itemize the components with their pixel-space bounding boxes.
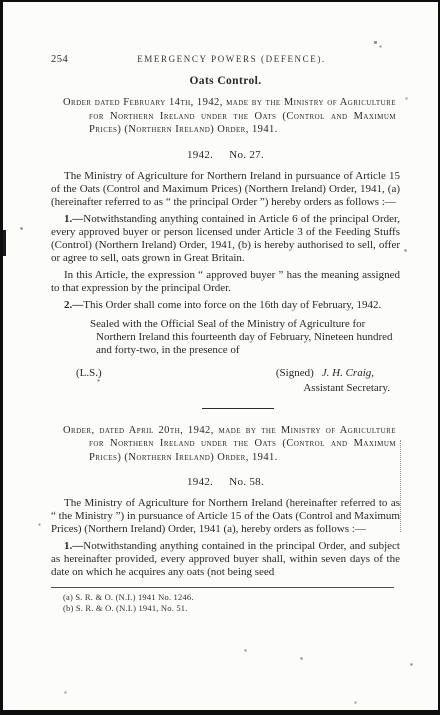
signer-name: J. H. Craig, <box>322 367 374 379</box>
page-number: 254 <box>51 54 103 65</box>
page-header: 254 EMERGENCY POWERS (DEFENCE). <box>51 54 400 65</box>
running-head: EMERGENCY POWERS (DEFENCE). <box>103 54 360 64</box>
article-text: Notwithstanding anything contained in Ar… <box>51 213 400 264</box>
footnote-rule <box>51 587 394 588</box>
order2-year: 1942. <box>187 476 213 488</box>
article-number: 1.— <box>64 540 83 552</box>
order2-heading: Order, dated April 20th, 1942, made by t… <box>89 424 396 465</box>
signed-label: (Signed) <box>276 367 314 379</box>
signer-title: Assistant Secretary. <box>51 382 400 395</box>
order2-preamble: The Ministry of Agriculture for Northern… <box>51 497 400 536</box>
footnote-b: (b) S. R. & O. (N.I.) 1941, No. 51. <box>63 603 400 614</box>
scan-dotted-line-artifact <box>400 440 401 532</box>
order1-seal-clause: Sealed with the Official Seal of the Min… <box>96 318 400 357</box>
scan-noise-speckles <box>3 2 4 3</box>
order1-year: 1942. <box>187 149 213 161</box>
order1-article-1: 1.—Notwithstanding anything contained in… <box>51 213 400 265</box>
scan-edge-artifact <box>3 230 6 256</box>
section-divider <box>202 408 274 409</box>
order1-heading: Order dated February 14th, 1942, made by… <box>89 96 396 137</box>
order1-preamble: The Ministry of Agriculture for Northern… <box>51 170 400 209</box>
order2-number: No. 58. <box>229 476 264 488</box>
footnote-a: (a) S. R. & O. (N.I.) 1941 No. 1246. <box>63 592 400 603</box>
order1-article-2: 2.—This Order shall come into force on t… <box>51 299 400 312</box>
signature-row: (L.S.) (Signed)J. H. Craig, <box>51 367 400 380</box>
seal-mark: (L.S.) <box>76 367 102 380</box>
order2-number-line: 1942.No. 58. <box>51 476 400 488</box>
article-number: 2.— <box>64 299 83 311</box>
page-content: 254 EMERGENCY POWERS (DEFENCE). Oats Con… <box>3 2 438 710</box>
section-title: Oats Control. <box>51 75 400 87</box>
order1-number-line: 1942.No. 27. <box>51 149 400 161</box>
article-text: This Order shall come into force on the … <box>83 299 381 311</box>
article-number: 1.— <box>64 213 83 225</box>
order1-article-1-note: In this Article, the expression “ approv… <box>51 269 400 295</box>
order2-article-1: 1.—Notwithstanding anything contained in… <box>51 540 400 579</box>
order1-number: No. 27. <box>229 149 264 161</box>
signature: (Signed)J. H. Craig, <box>276 367 374 380</box>
document-page: 254 EMERGENCY POWERS (DEFENCE). Oats Con… <box>0 0 440 715</box>
article-text: Notwithstanding anything contained in th… <box>51 540 400 578</box>
